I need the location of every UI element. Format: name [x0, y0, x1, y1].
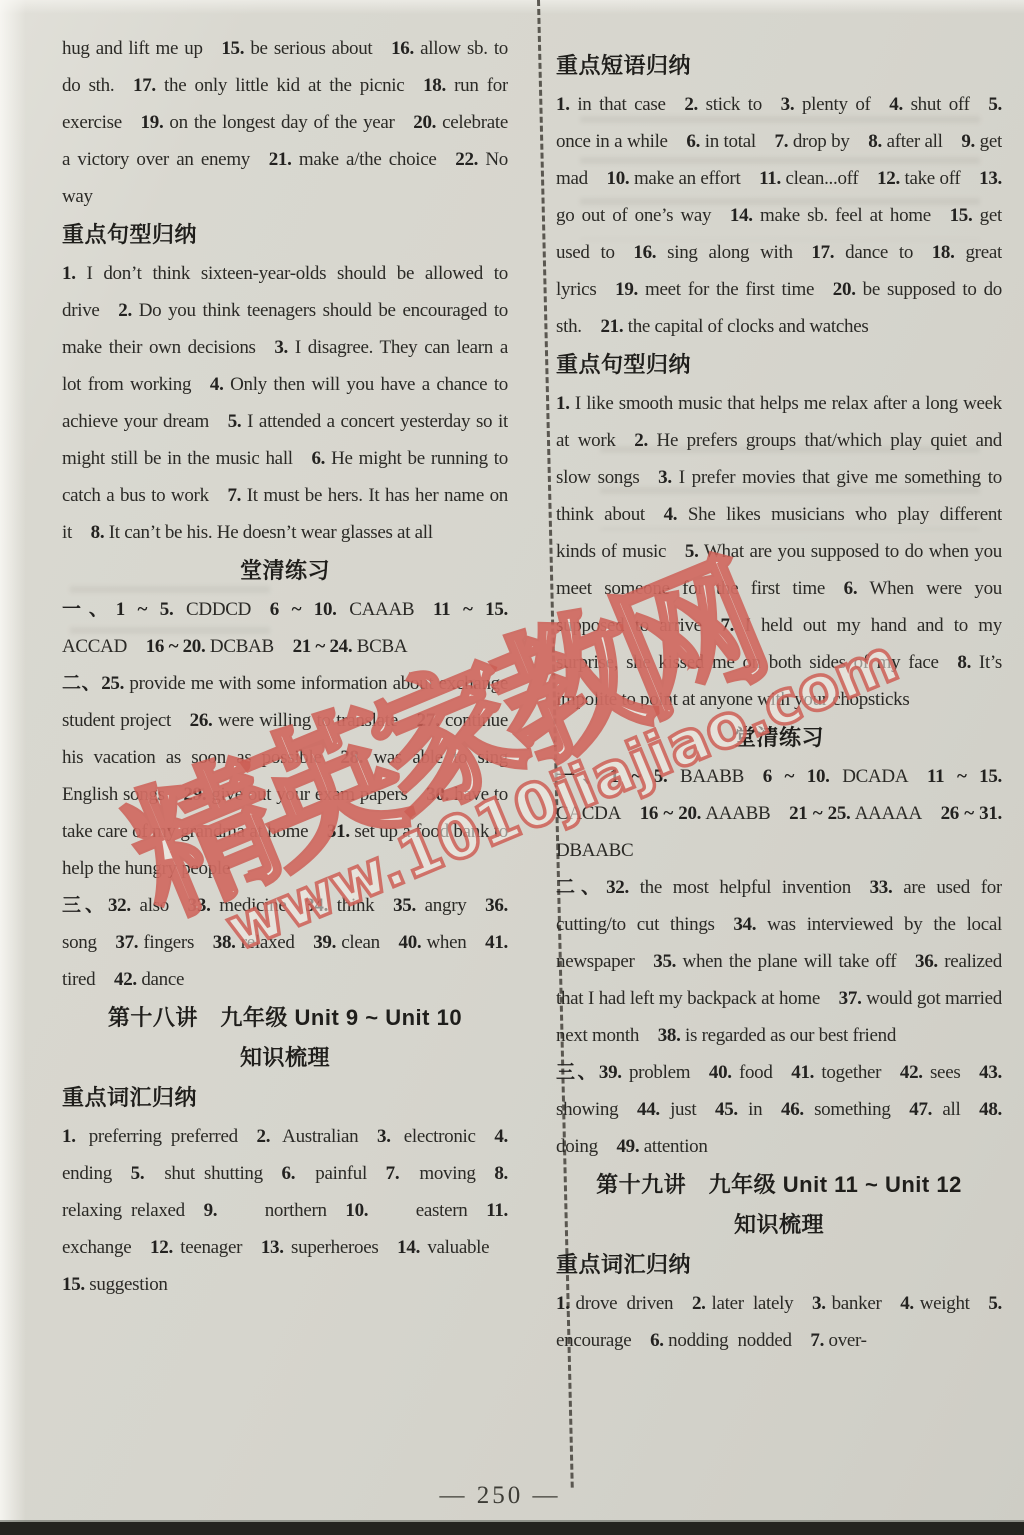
practice-answers-part2: 二、32. the most helpful invention 33. are… [556, 869, 1002, 1054]
class-practice-heading: 堂清练习 [62, 551, 508, 591]
key-vocabulary-paragraph: 1. drove driven 2. later lately 3. banke… [556, 1285, 1002, 1359]
right-column: 重点短语归纳 1. in that case 2. stick to 3. pl… [556, 46, 1002, 1498]
practice-answers-part1: 一、1 ~ 5. CDDCD 6 ~ 10. CAAAB 11 ~ 15. AC… [62, 591, 508, 665]
practice-answers-part3: 三、32. also 33. medicine 34. think 35. an… [62, 887, 508, 998]
scan-edge-top [0, 0, 1024, 14]
knowledge-review-heading: 知识梳理 [556, 1205, 1002, 1245]
class-practice-heading: 堂清练习 [556, 718, 1002, 758]
key-sentences-paragraph: 1. I like smooth music that helps me rel… [556, 385, 1002, 718]
lecture-19-heading: 第十九讲 九年级 Unit 11 ~ Unit 12 [556, 1165, 1002, 1205]
key-sentences-heading: 重点句型归纳 [556, 345, 1002, 385]
key-vocabulary-paragraph: 1. preferring preferred 2. Australian 3.… [62, 1118, 508, 1303]
practice-answers-part2: 二、25. provide me with some information a… [62, 665, 508, 887]
key-phrases-paragraph: 1. in that case 2. stick to 3. plenty of… [556, 86, 1002, 345]
key-vocabulary-heading: 重点词汇归纳 [556, 1245, 1002, 1285]
key-sentences-heading: 重点句型归纳 [62, 215, 508, 255]
practice-answers-part1: 一、1 ~ 5. BAABB 6 ~ 10. DCADA 11 ~ 15. CA… [556, 758, 1002, 869]
scan-edge-left [0, 0, 26, 1535]
practice-answers-part3: 三、39. problem 40. food 41. together 42. … [556, 1054, 1002, 1165]
key-phrases-heading: 重点短语归纳 [556, 46, 1002, 86]
key-sentences-paragraph: 1. I don’t think sixteen-year-olds shoul… [62, 255, 508, 551]
lecture-18-heading: 第十八讲 九年级 Unit 9 ~ Unit 10 [62, 998, 508, 1038]
phrases-continuation-paragraph: hug and lift me up 15. be serious about … [62, 30, 508, 215]
knowledge-review-heading: 知识梳理 [62, 1038, 508, 1078]
page-number: — 250 — [0, 1482, 1000, 1510]
scanned-workbook-page: hug and lift me up 15. be serious about … [0, 0, 1024, 1535]
left-column: hug and lift me up 15. be serious about … [62, 30, 508, 1498]
key-vocabulary-heading: 重点词汇归纳 [62, 1078, 508, 1118]
scan-edge-bottom [0, 1522, 1024, 1535]
